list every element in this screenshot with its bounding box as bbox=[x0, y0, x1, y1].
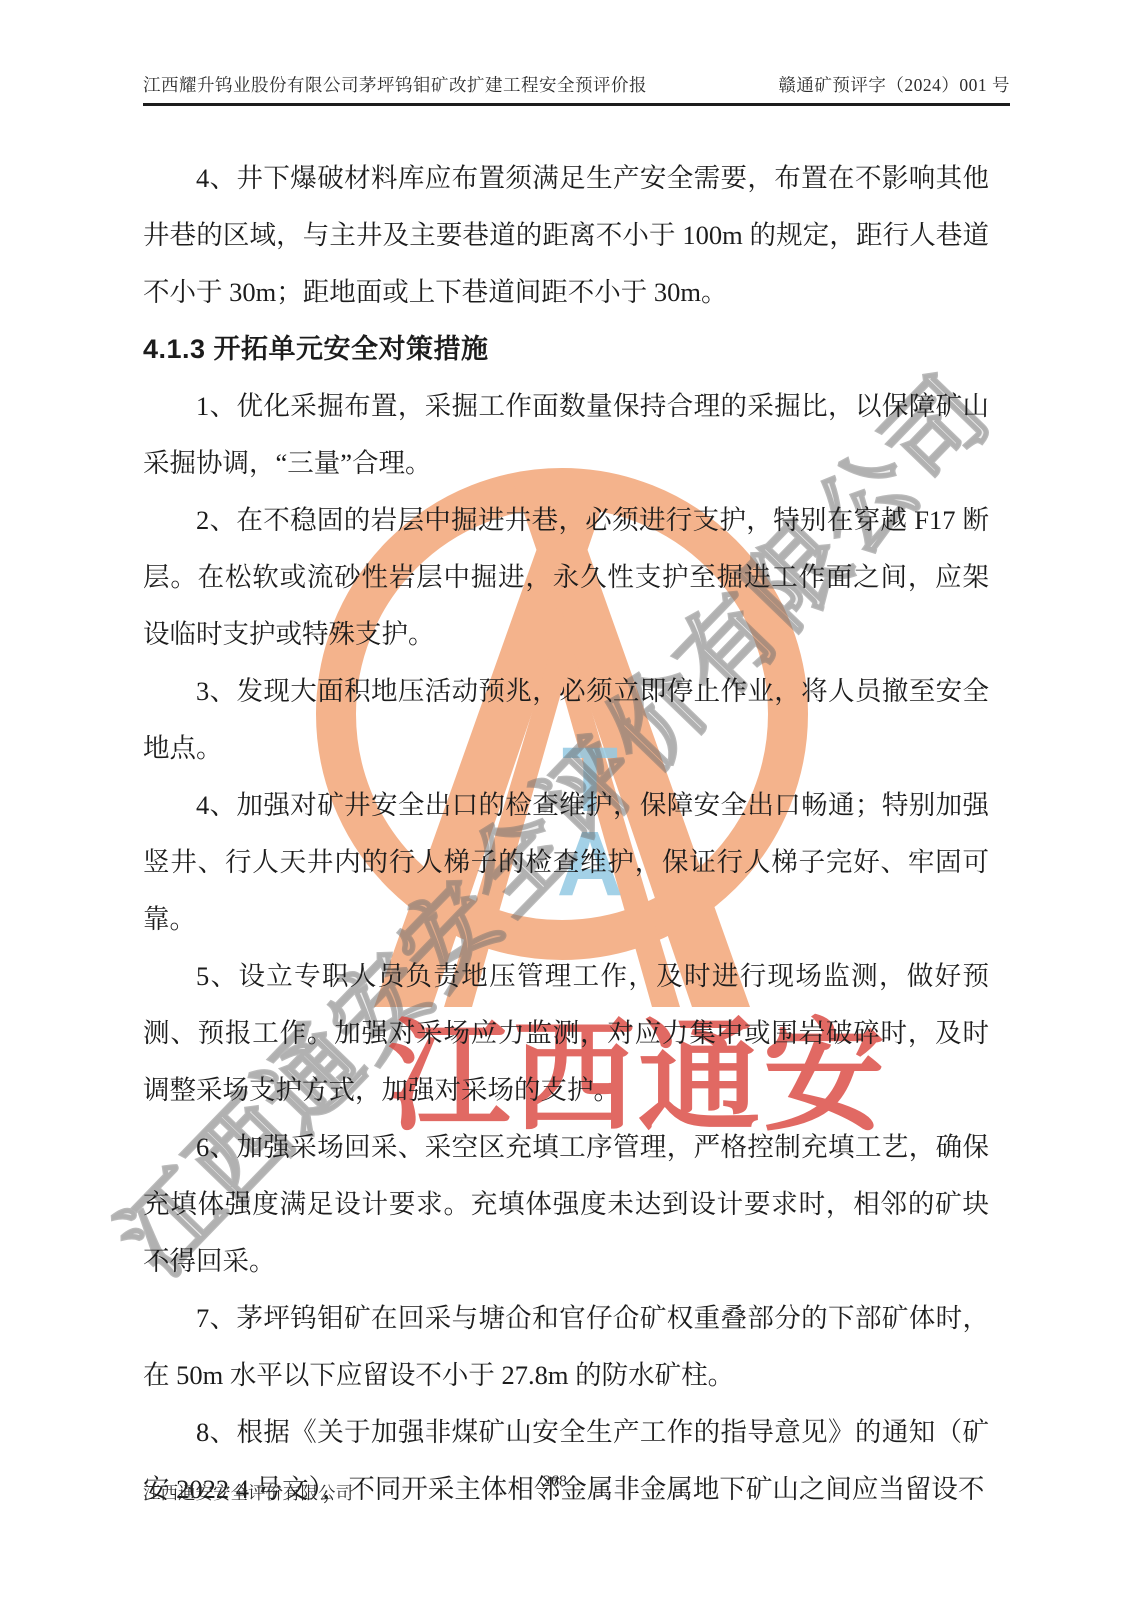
header-doc-number: 赣通矿预评字（2024）001 号 bbox=[778, 72, 1010, 97]
page-number: 268 bbox=[470, 1473, 640, 1491]
body-paragraph: 7、茅坪钨钼矿在回采与塘仚和官仔仚矿权重叠部分的下部矿体时，在 50m 水平以下… bbox=[143, 1290, 989, 1404]
body-paragraph: 3、发现大面积地压活动预兆，必须立即停止作业，将人员撤至安全地点。 bbox=[143, 663, 989, 777]
header-report-title: 江西耀升钨业股份有限公司茅坪钨钼矿改扩建工程安全预评价报 bbox=[143, 72, 647, 97]
document-page: T A 江西通安安全评价有限公司 江西通安 江西耀升钨业股份有限公司茅坪钨钼矿改… bbox=[0, 0, 1131, 1600]
page-header: 江西耀升钨业股份有限公司茅坪钨钼矿改扩建工程安全预评价报 赣通矿预评字（2024… bbox=[143, 72, 1010, 97]
header-rule bbox=[143, 103, 1010, 106]
body-paragraph: 4、井下爆破材料库应布置须满足生产安全需要，布置在不影响其他井巷的区域，与主井及… bbox=[143, 150, 989, 321]
body-paragraph: 5、设立专职人员负责地压管理工作，及时进行现场监测，做好预测、预报工作。加强对采… bbox=[143, 948, 989, 1119]
body-paragraph: 2、在不稳固的岩层中掘进井巷，必须进行支护，特别在穿越 F17 断层。在松软或流… bbox=[143, 492, 989, 663]
document-body: 4、井下爆破材料库应布置须满足生产安全需要，布置在不影响其他井巷的区域，与主井及… bbox=[143, 150, 989, 1518]
body-paragraph: 1、优化采掘布置，采掘工作面数量保持合理的采掘比，以保障矿山采掘协调，“三量”合… bbox=[143, 378, 989, 492]
section-heading: 4.1.3 开拓单元安全对策措施 bbox=[143, 321, 989, 378]
footer-company-name: 江西通安安全评价有限公司 bbox=[143, 1480, 353, 1505]
body-paragraph: 6、加强采场回采、采空区充填工序管理，严格控制充填工艺，确保充填体强度满足设计要… bbox=[143, 1119, 989, 1290]
body-paragraph: 4、加强对矿井安全出口的检查维护，保障安全出口畅通；特别加强竖井、行人天井内的行… bbox=[143, 777, 989, 948]
